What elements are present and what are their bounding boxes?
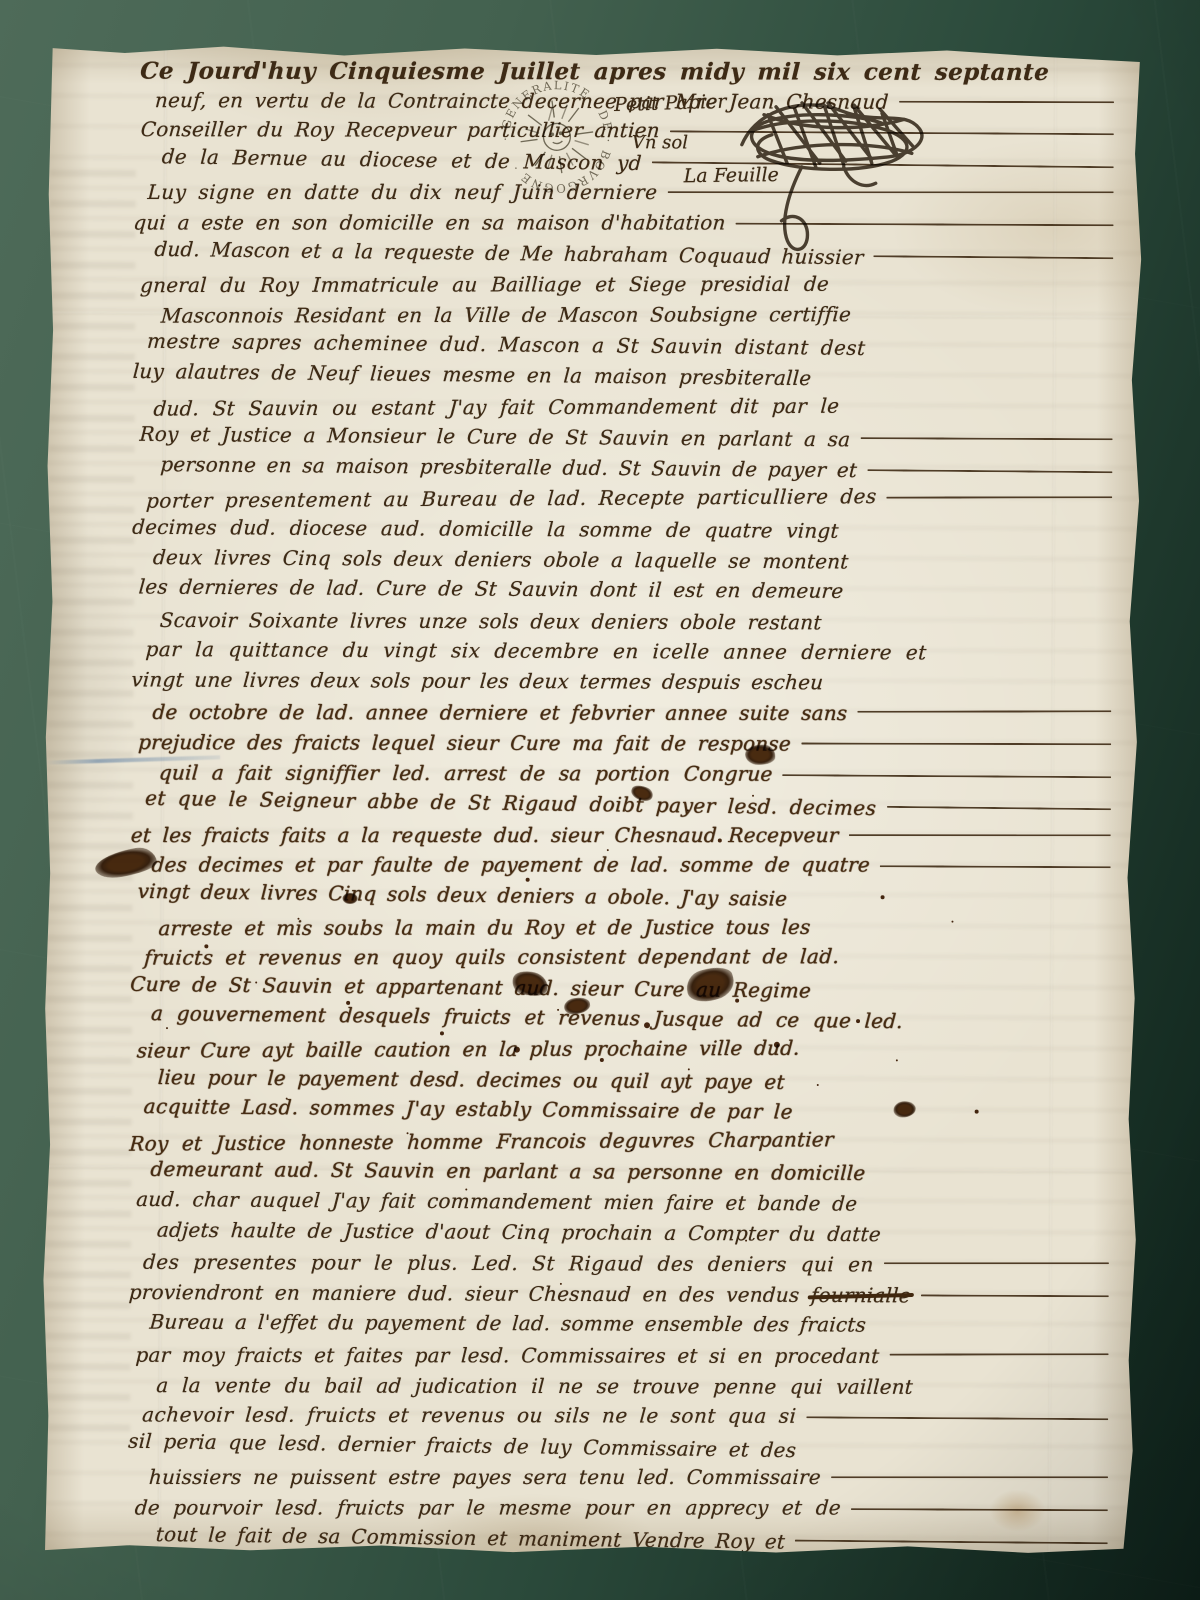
manuscript-line: vingt deux livres Cinq sols deux deniers… — [137, 880, 1116, 919]
manuscript-line: Scavoir Soixante livres unze sols deux d… — [160, 609, 1118, 640]
fiscal-label-la-feuille: La Feuille — [684, 164, 779, 187]
manuscript-line: dud. St Sauvin ou estant J'ay fait Comma… — [154, 395, 1119, 426]
manuscript-text: Ce Jourd'huy Cinquiesme Juillet apres mi… — [128, 56, 1120, 1486]
line-filler-stroke — [849, 834, 1111, 836]
manuscript-line: huissiers ne puissent estre payes sera t… — [149, 1465, 1114, 1496]
stamp-ring-text: · GENERALITE · DE · BOVRGOGNE · — [491, 71, 623, 203]
manuscript-line: acquitte Lasd. sommes J'ay estably Commi… — [144, 1094, 1116, 1133]
manuscript-line: sieur Cure ayt baille caution en la plus… — [137, 1037, 1116, 1068]
line-filler-stroke — [795, 1539, 1108, 1544]
verso-left-margin — [44, 154, 136, 1444]
line-filler-stroke — [801, 743, 1111, 746]
line-filler-stroke — [860, 437, 1112, 440]
manuscript-line: demeurant aud. St Sauvin en parlant a sa… — [150, 1158, 1115, 1191]
fiscal-label-petit-papier: Petit Papier — [614, 91, 727, 116]
manuscript-line: de octobre de lad. annee derniere et feb… — [152, 700, 1117, 732]
line-filler-stroke — [783, 774, 1112, 778]
manuscript-line: fruicts et revenus en quoy quils consist… — [144, 944, 1116, 977]
line-filler-stroke — [867, 469, 1112, 473]
fiscal-label-un-sol: Vn sol — [632, 132, 688, 153]
line-filler-stroke — [831, 1477, 1108, 1479]
manuscript-line: par moy fraicts et faites par lesd. Comm… — [136, 1342, 1115, 1374]
manuscript-page: Ce Jourd'huy Cinquiesme Juillet apres mi… — [42, 44, 1145, 1557]
manuscript-line: a la vente du bail ad judication il ne s… — [156, 1373, 1114, 1406]
struck-word: fournialle — [810, 1283, 911, 1307]
manuscript-line: Ce Jourd'huy Cinquiesme Juillet apres mi… — [140, 57, 1120, 89]
manuscript-line: des presentes pour le plus. Led. St Riga… — [143, 1251, 1115, 1282]
manuscript-line: et les fraicts faits a la requeste dud. … — [131, 823, 1117, 854]
line-filler-stroke — [884, 1262, 1109, 1264]
line-filler-stroke — [806, 1416, 1108, 1420]
line-filler-stroke — [889, 1353, 1108, 1355]
manuscript-line: gneral du Roy Immatricule au Bailliage e… — [140, 271, 1119, 303]
line-filler-stroke — [887, 806, 1111, 810]
line-filler-stroke — [887, 497, 1113, 499]
line-filler-stroke — [921, 1294, 1109, 1297]
manuscript-line: Bureau a l'effet du payement de lad. som… — [150, 1308, 1115, 1347]
manuscript-line: Luy signe en datte du dix neuf Juin dern… — [148, 180, 1120, 211]
ink-blot — [745, 745, 775, 765]
manuscript-line: porter presentement au Bureau de lad. Re… — [146, 486, 1118, 518]
line-filler-stroke — [880, 866, 1111, 869]
line-filler-stroke — [851, 1508, 1108, 1511]
manuscript-line: arreste et mis soubs la main du Roy et d… — [158, 914, 1116, 946]
manuscript-line: Roy et Justice honneste homme Francois d… — [129, 1128, 1115, 1160]
manuscript-line: prejudice des fraicts lequel sieur Cure … — [138, 730, 1117, 763]
tax-stamp-sunburst-icon: · GENERALITE · DE · BOVRGOGNE · — [488, 68, 625, 205]
ink-blot — [343, 893, 358, 904]
line-filler-stroke — [857, 711, 1111, 713]
manuscript-line: decimes dud. diocese aud. domicille la s… — [132, 516, 1118, 549]
photo-background: Ce Jourd'huy Cinquiesme Juillet apres mi… — [0, 0, 1200, 1600]
